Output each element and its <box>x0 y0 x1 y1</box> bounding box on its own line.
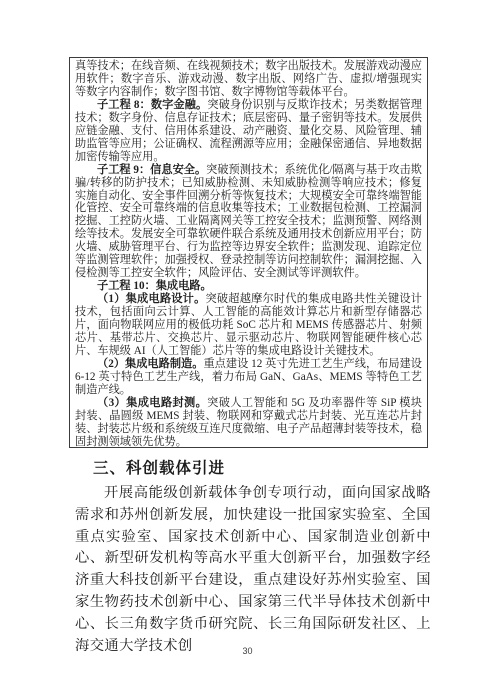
paragraph-text: 开展高能级创新载体争创专项行动，面向国家战略需求和苏州创新发展，加快建设一批国家… <box>75 485 431 654</box>
subprojects-table-cell: 真等技术；在线音频、在线视频技术；数字出版技术。发展游戏动漫应用软件；数字音乐、… <box>69 57 428 448</box>
paragraph-ic-packaging-testing: （3）集成电路封测。突破人工智能和 5G 及功率器件等 SiP 模块封装、晶圆级… <box>75 397 422 448</box>
section-body-paragraph: 开展高能级创新载体争创专项行动，面向国家战略需求和苏州创新发展，加快建设一批国家… <box>75 483 431 657</box>
document-page: 真等技术；在线音频、在线视频技术；数字出版技术。发展游戏动漫应用软件；数字音乐、… <box>0 0 495 700</box>
paragraph-text: 突破预测技术；系统优化/隔离与基于攻击欺骗/转移的防护技术；已知威胁检测、未知威… <box>75 164 422 280</box>
ic-manufacturing-title: （2）集成电路制造。 <box>97 358 203 370</box>
subproject-10-title: 子工程 10：集成电路。 <box>97 280 212 292</box>
ic-design-title: （1）集成电路设计。 <box>97 293 205 305</box>
subproject-9-title: 子工程 9：信息安全。 <box>97 164 206 176</box>
paragraph-subproject-10-integrated-circuits: 子工程 10：集成电路。 <box>75 280 422 293</box>
paragraph-subproject-9-information-security: 子工程 9：信息安全。突破预测技术；系统优化/隔离与基于攻击欺骗/转移的防护技术… <box>75 164 422 281</box>
ic-packaging-testing-title: （3）集成电路封测。 <box>97 397 207 409</box>
subproject-8-title: 子工程 8：数字金融。 <box>97 99 207 111</box>
page-number: 30 <box>0 646 495 656</box>
paragraph-ic-design: （1）集成电路设计。突破超越摩尔时代的集成电路共性关键设计技术，包括面向云计算、… <box>75 293 422 358</box>
paragraph-subproject-8-digital-finance: 子工程 8：数字金融。突破身份识别与反欺诈技术；另类数据管理技术；数字身份、信息… <box>75 99 422 164</box>
paragraph-ic-manufacturing: （2）集成电路制造。重点建设 12 英寸先进工艺生产线，布局建设 6-12 英寸… <box>75 358 422 397</box>
paragraph-digital-culture-continuation: 真等技术；在线音频、在线视频技术；数字出版技术。发展游戏动漫应用软件；数字音乐、… <box>75 60 422 99</box>
paragraph-text: 真等技术；在线音频、在线视频技术；数字出版技术。发展游戏动漫应用软件；数字音乐、… <box>75 60 422 98</box>
section-heading-sci-tech-carriers: 三、科创载体引进 <box>93 456 225 478</box>
